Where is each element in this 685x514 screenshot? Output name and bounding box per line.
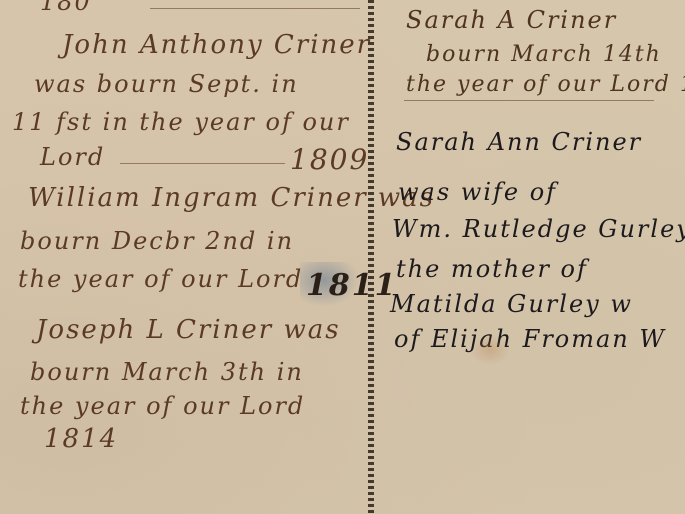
entry-line: the year of our Lord [20, 392, 305, 420]
entry-line: bourn Decbr 2nd in [20, 227, 294, 255]
entry-line: bourn March 3th in [30, 358, 304, 386]
entry-line: the year of our Lord 1 [406, 72, 685, 97]
entry-line: Lord [40, 143, 105, 171]
entry-line: of Elijah Froman W [394, 325, 666, 353]
entry-line: John Anthony Criner [62, 30, 371, 60]
ruled-line [150, 8, 360, 9]
entry-line: Sarah Ann Criner [396, 128, 642, 156]
entry-line: the mother of [396, 255, 588, 283]
entry-line: Sarah A Criner [406, 6, 617, 34]
birth-year: 1814 [44, 424, 118, 454]
ruled-line [404, 100, 654, 101]
entry-line: Matilda Gurley w [390, 290, 633, 318]
entry-line: the year of our Lord [18, 265, 303, 293]
entry-line: was bourn Sept. in [34, 70, 299, 98]
ruled-line [120, 163, 285, 164]
entry-line: Wm. Rutledge Gurley [392, 215, 685, 243]
left-page: 180 John Anthony Criner was bourn Sept. … [0, 0, 368, 514]
entry-line: Joseph L Criner was [36, 315, 341, 345]
page-binding-stitch [368, 0, 374, 514]
right-page: Sarah A Criner bourn March 14th the year… [376, 0, 685, 514]
entry-line: 11 fst in the year of our [12, 108, 350, 136]
top-fragment: 180 [40, 0, 92, 16]
entry-line: was wife of [398, 178, 557, 206]
entry-line: bourn March 14th [426, 42, 662, 67]
birth-year: 1809 [290, 143, 369, 176]
paper-stain [470, 335, 510, 365]
